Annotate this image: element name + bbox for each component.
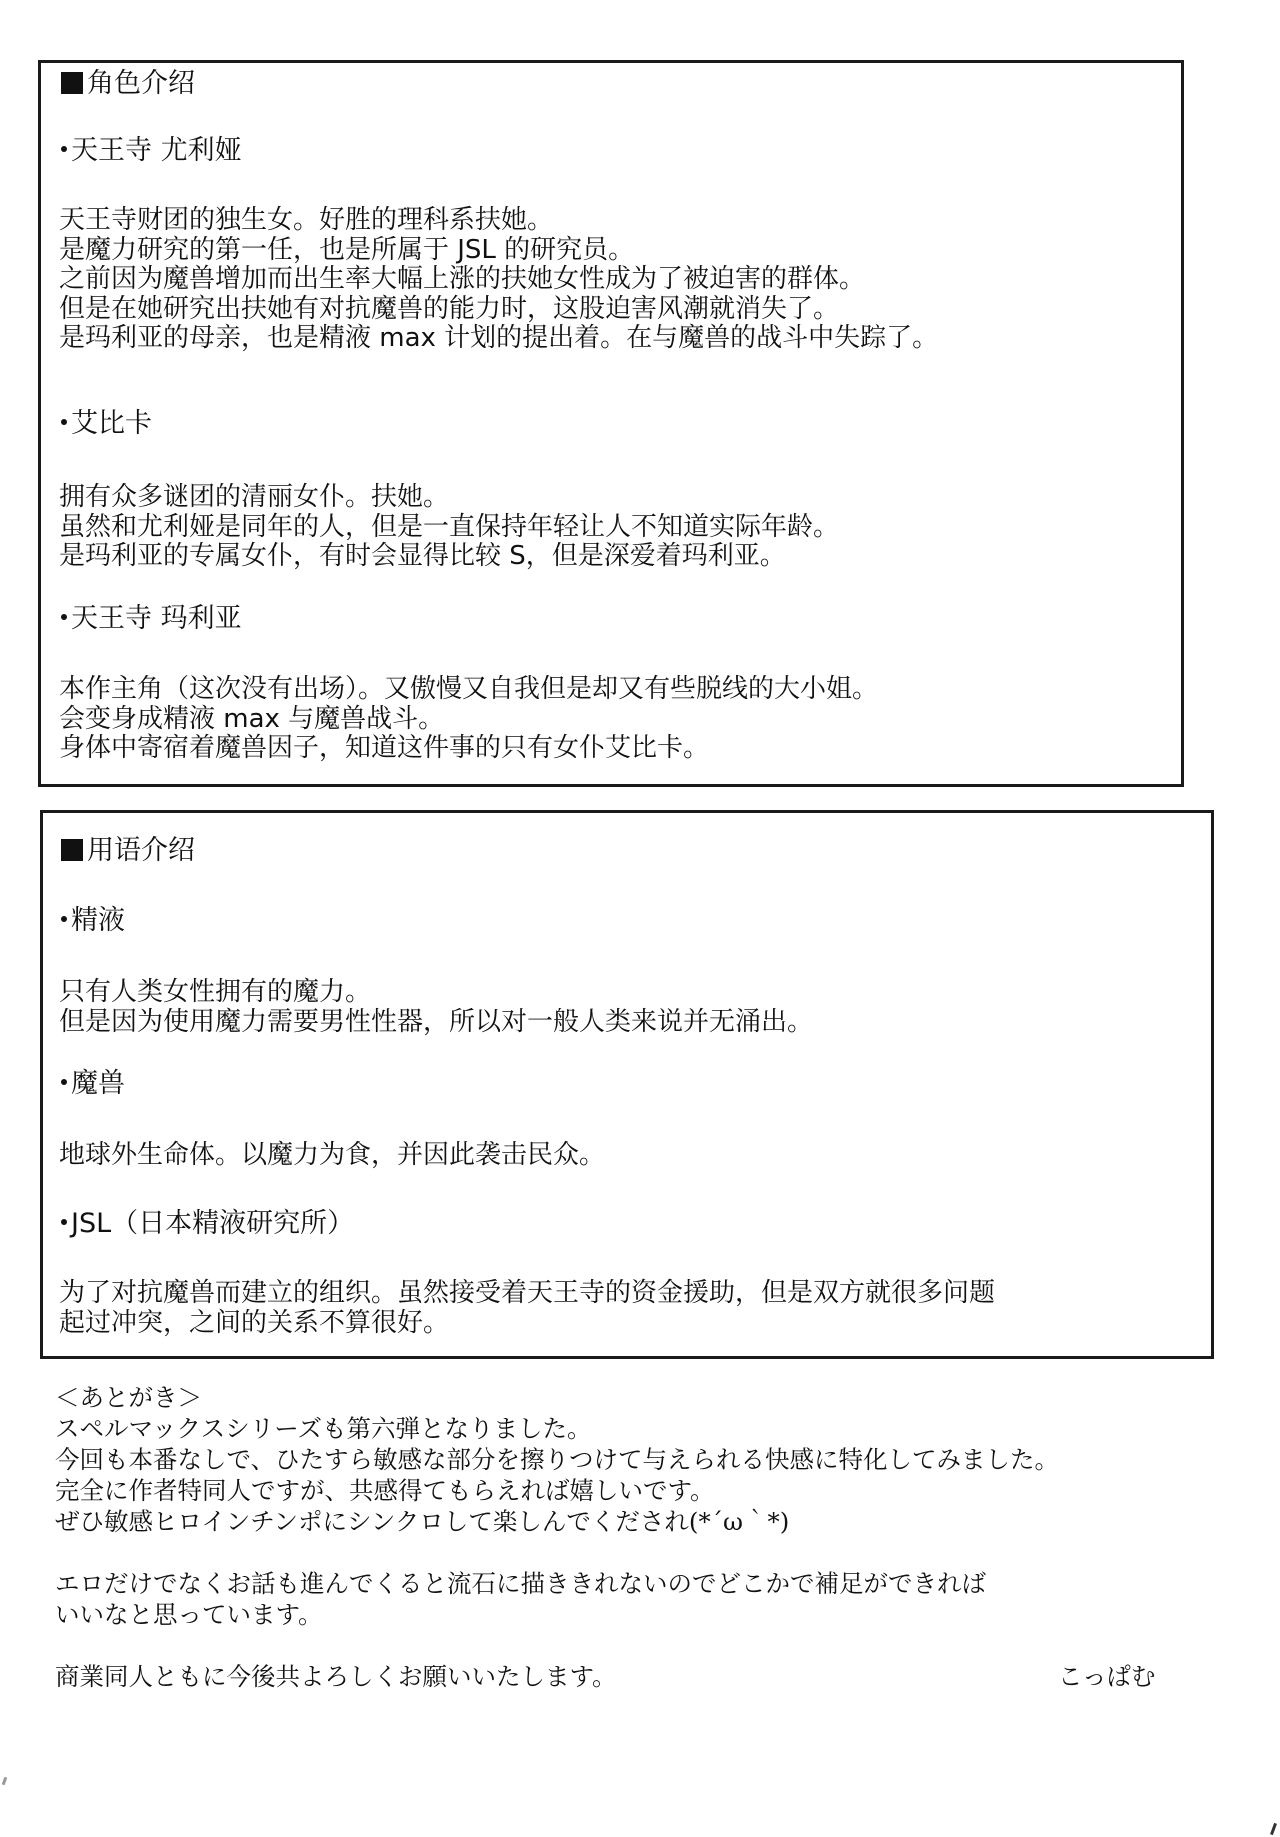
description-line: 只有人类女性拥有的魔力。 bbox=[59, 978, 813, 1008]
term-description-seieki: 只有人类女性拥有的魔力。 但是因为使用魔力需要男性性器，所以对一般人类来说并无涌… bbox=[59, 978, 813, 1037]
bullet-icon bbox=[61, 146, 67, 152]
description-line: 是玛利亚的专属女仆，有时会显得比较 S，但是深爱着玛利亚。 bbox=[59, 542, 839, 572]
description-line: 拥有众多谜团的清丽女仆。扶她。 bbox=[59, 483, 839, 513]
description-line: 但是在她研究出扶她有对抗魔兽的能力时，这股迫害风潮就消失了。 bbox=[59, 295, 938, 325]
character-description-maria: 本作主角（这次没有出场）。又傲慢又自我但是却又有些脱线的大小姐。 会变身成精液 … bbox=[59, 675, 878, 764]
term-description-jsl: 为了对抗魔兽而建立的组织。虽然接受着天王寺的资金援助，但是双方就很多问题 起过冲… bbox=[59, 1279, 995, 1338]
description-line: 起过冲突，之间的关系不算很好。 bbox=[59, 1309, 995, 1339]
term-name-text: JSL（日本精液研究所） bbox=[71, 1208, 354, 1239]
afterword-line: 今回も本番なしで、ひたすら敏感な部分を擦りつけて与えられる快感に特化してみました… bbox=[55, 1444, 1235, 1475]
term-name-text: 精液 bbox=[71, 905, 125, 936]
description-line: 会变身成精液 max 与魔兽战斗。 bbox=[59, 705, 878, 735]
terminology-title: 用语介绍 bbox=[61, 835, 195, 867]
character-intro-title-text: 角色介绍 bbox=[87, 68, 195, 99]
character-name-yuria: 天王寺 尤利娅 bbox=[61, 135, 242, 167]
character-description-ebika: 拥有众多谜团的清丽女仆。扶她。 虽然和尤利娅是同年的人，但是一直保持年轻让人不知… bbox=[59, 483, 839, 572]
afterword-line: 完全に作者特同人ですが、共感得てもらえれば嬉しいです。 bbox=[55, 1475, 1235, 1506]
bullet-icon bbox=[61, 614, 67, 620]
bullet-icon bbox=[61, 916, 67, 922]
description-line: 是魔力研究的第一任，也是所属于 JSL 的研究员。 bbox=[59, 236, 938, 266]
closing-row: 商業同人ともに今後共よろしくお願いいたします。 こっぱむ bbox=[55, 1661, 1235, 1692]
afterword-line: いいなと思っています。 bbox=[55, 1599, 1235, 1630]
description-line: 本作主角（这次没有出场）。又傲慢又自我但是却又有些脱线的大小姐。 bbox=[59, 675, 878, 705]
paragraph-gap bbox=[55, 1537, 1235, 1568]
bullet-icon bbox=[61, 1219, 67, 1225]
terminology-box: 用语介绍 精液 只有人类女性拥有的魔力。 但是因为使用魔力需要男性性器，所以对一… bbox=[40, 810, 1214, 1359]
afterword-section: ＜あとがき＞ スペルマックスシリーズも第六弾となりました。 今回も本番なしで、ひ… bbox=[55, 1382, 1235, 1692]
scan-artifact bbox=[1270, 1823, 1277, 1835]
description-line: 为了对抗魔兽而建立的组织。虽然接受着天王寺的资金援助，但是双方就很多问题 bbox=[59, 1279, 995, 1309]
scan-artifact bbox=[2, 1777, 8, 1786]
afterword-heading: ＜あとがき＞ bbox=[55, 1382, 1235, 1413]
character-intro-title: 角色介绍 bbox=[61, 68, 195, 100]
term-description-majuu: 地球外生命体。以魔力为食，并因此袭击民众。 bbox=[59, 1141, 605, 1171]
afterword-line: エロだけでなくお話も進んでくると流石に描ききれないのでどこかで補足ができれば bbox=[55, 1568, 1235, 1599]
character-name-text: 天王寺 尤利娅 bbox=[71, 135, 242, 166]
character-name-ebika: 艾比卡 bbox=[61, 408, 152, 440]
character-description-yuria: 天王寺财团的独生女。好胜的理科系扶她。 是魔力研究的第一任，也是所属于 JSL … bbox=[59, 206, 938, 354]
description-line: 之前因为魔兽增加而出生率大幅上涨的扶她女性成为了被迫害的群体。 bbox=[59, 265, 938, 295]
bullet-icon bbox=[61, 1079, 67, 1085]
afterword-closing: 商業同人ともに今後共よろしくお願いいたします。 bbox=[55, 1662, 617, 1691]
description-line: 是玛利亚的母亲，也是精液 max 计划的提出着。在与魔兽的战斗中失踪了。 bbox=[59, 324, 938, 354]
terminology-title-text: 用语介绍 bbox=[87, 835, 195, 866]
character-name-text: 艾比卡 bbox=[71, 408, 152, 439]
afterword-line: ぜひ敏感ヒロインチンポにシンクロして楽しんでくだされ(*´ω｀*) bbox=[55, 1506, 1235, 1537]
term-name-majuu: 魔兽 bbox=[61, 1068, 125, 1100]
term-name-seieki: 精液 bbox=[61, 905, 125, 937]
term-name-text: 魔兽 bbox=[71, 1068, 125, 1099]
description-line: 身体中寄宿着魔兽因子，知道这件事的只有女仆艾比卡。 bbox=[59, 734, 878, 764]
black-square-icon bbox=[61, 72, 83, 94]
bullet-icon bbox=[61, 419, 67, 425]
description-line: 虽然和尤利娅是同年的人，但是一直保持年轻让人不知道实际年龄。 bbox=[59, 513, 839, 543]
description-line: 但是因为使用魔力需要男性性器，所以对一般人类来说并无涌出。 bbox=[59, 1008, 813, 1038]
character-name-text: 天王寺 玛利亚 bbox=[71, 603, 242, 634]
author-signature: こっぱむ bbox=[1058, 1661, 1156, 1692]
character-intro-box: 角色介绍 天王寺 尤利娅 天王寺财团的独生女。好胜的理科系扶她。 是魔力研究的第… bbox=[38, 60, 1184, 787]
black-square-icon bbox=[61, 839, 83, 861]
description-line: 地球外生命体。以魔力为食，并因此袭击民众。 bbox=[59, 1141, 605, 1171]
description-line: 天王寺财团的独生女。好胜的理科系扶她。 bbox=[59, 206, 938, 236]
paragraph-gap bbox=[55, 1630, 1235, 1661]
term-name-jsl: JSL（日本精液研究所） bbox=[61, 1208, 354, 1240]
character-name-maria: 天王寺 玛利亚 bbox=[61, 603, 242, 635]
afterword-line: スペルマックスシリーズも第六弾となりました。 bbox=[55, 1413, 1235, 1444]
